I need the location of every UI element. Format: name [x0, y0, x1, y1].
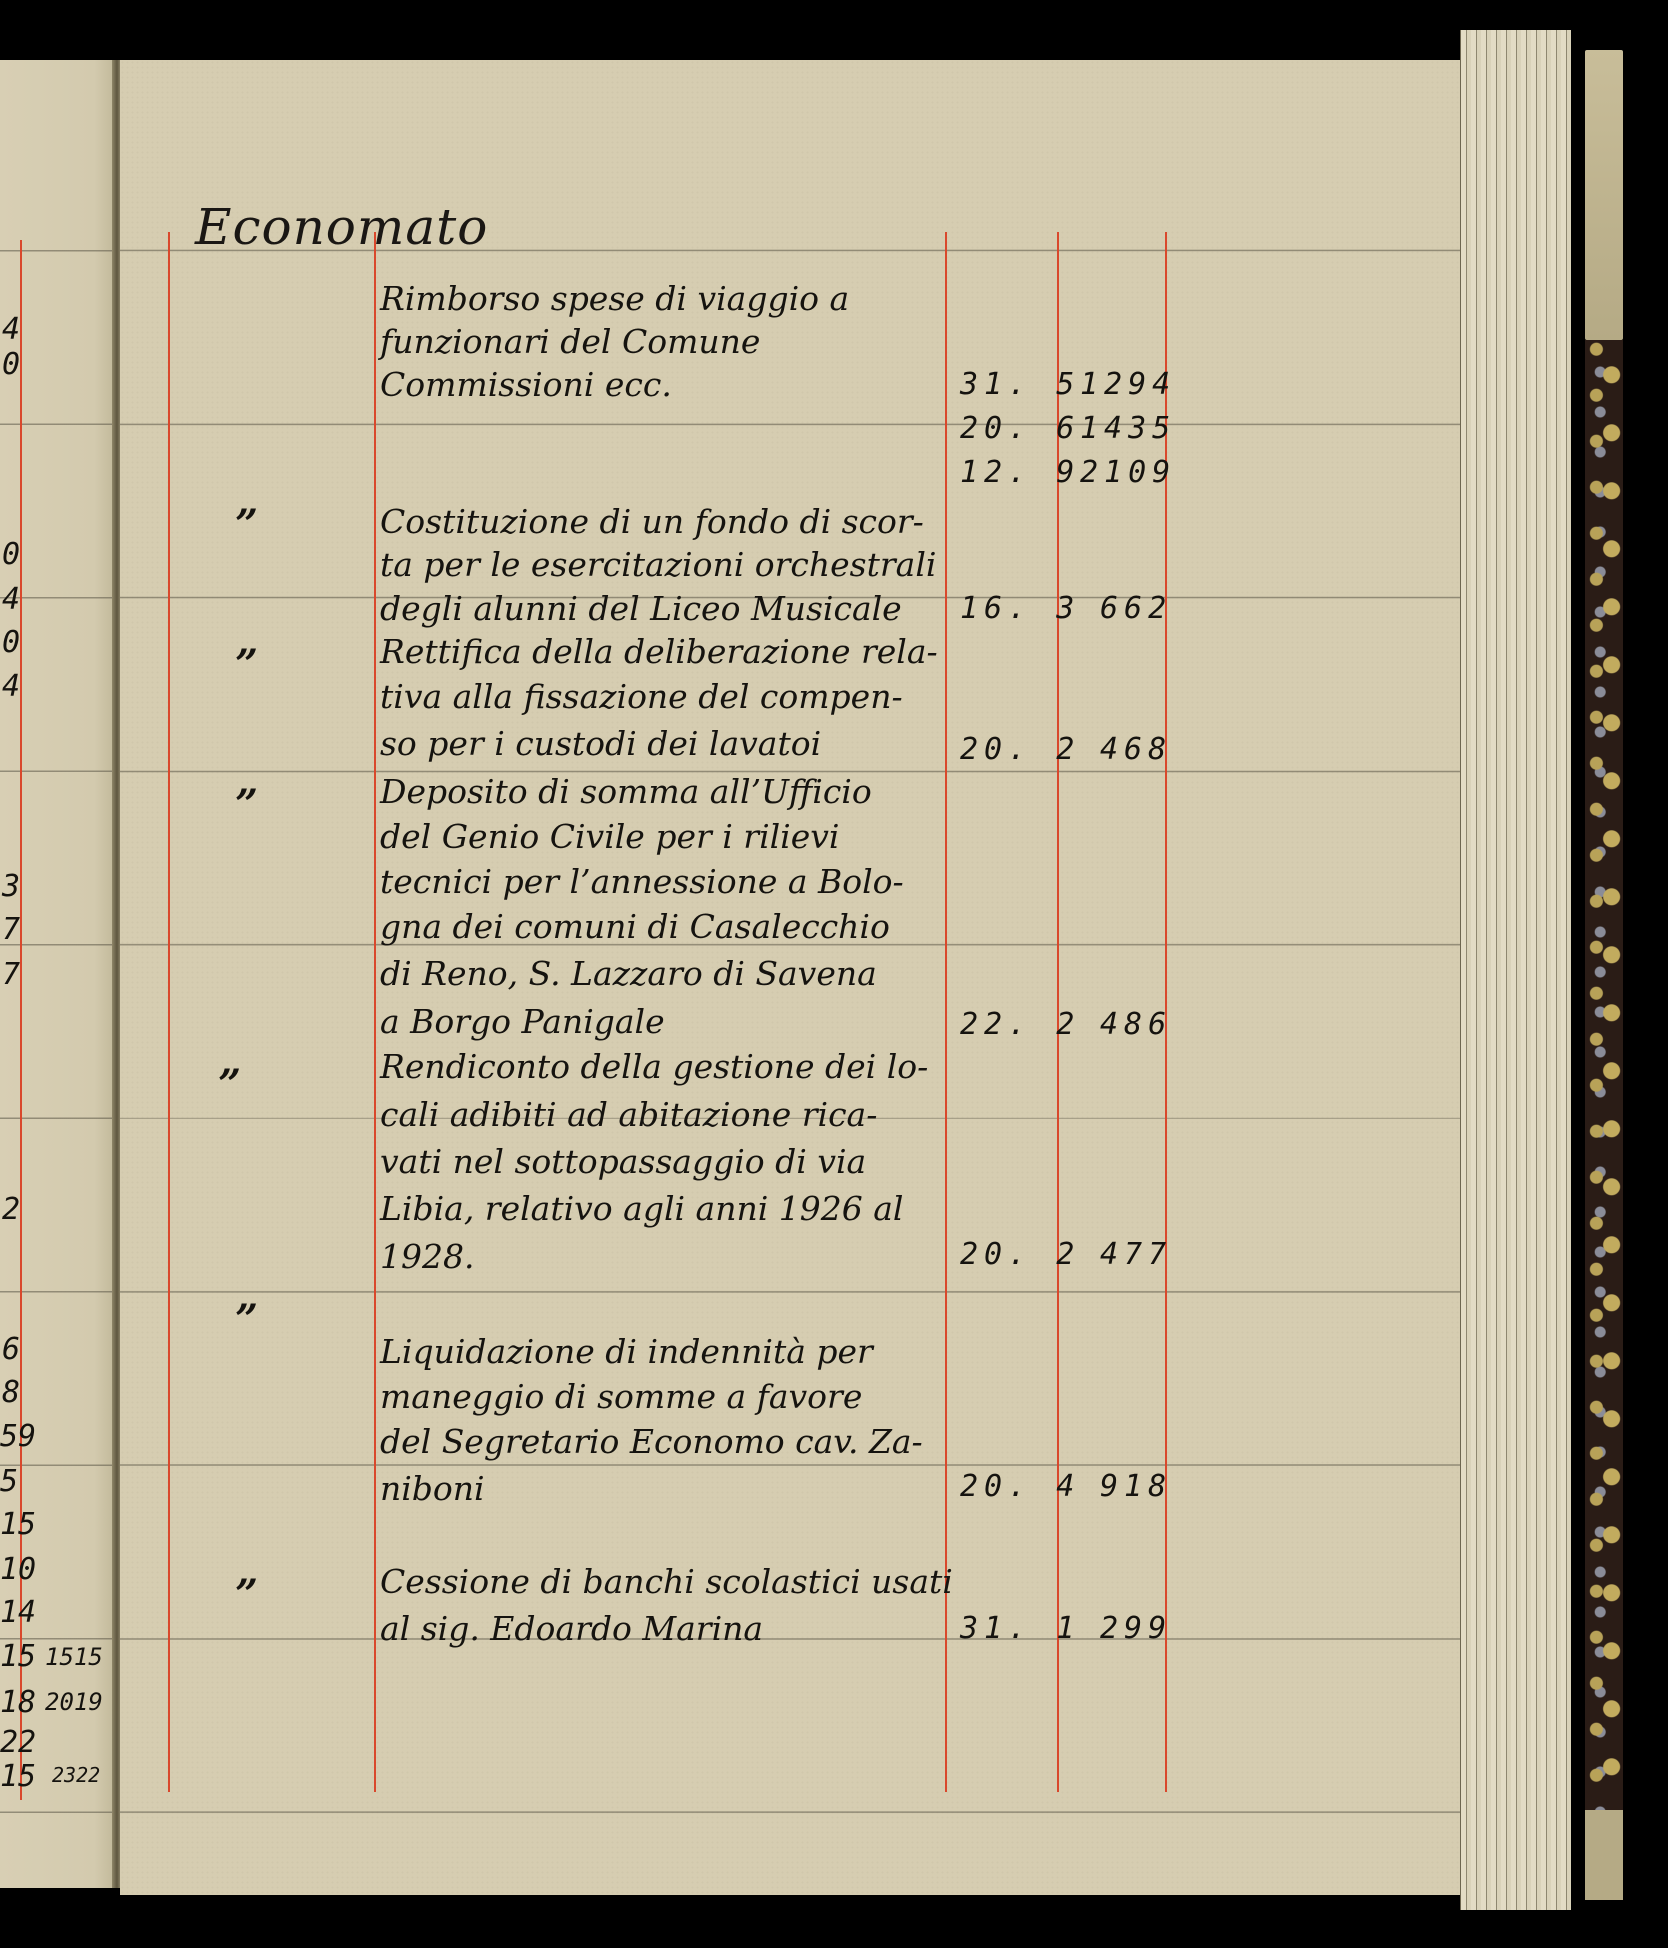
entry-line: a Borgo Panigale — [380, 1005, 665, 1038]
red-rule-date — [945, 232, 947, 1792]
entry-date: 22. 2 — [960, 1010, 1080, 1040]
entry-line: cali adibiti ad abitazione rica- — [380, 1098, 877, 1131]
entry-line: maneggio di somme a favore — [380, 1380, 862, 1413]
left-fragment: 7 — [2, 960, 20, 990]
entry-number: 299 — [1100, 1614, 1172, 1644]
entry-line: vati nel sottopassaggio di via — [380, 1145, 866, 1178]
entry-line: Deposito di somma all’Ufficio — [380, 775, 872, 808]
left-fragment: 6 — [2, 1335, 20, 1365]
red-rule-description — [374, 232, 376, 1792]
entry-date: 20. 6 — [960, 414, 1080, 444]
entry-line: ta per le esercitazioni orchestrali — [380, 548, 936, 581]
ditto-mark: ” — [235, 645, 258, 685]
entry-date: 20. 4 — [960, 1472, 1080, 1502]
left-fragment: 0 — [2, 350, 20, 380]
entry-number: 1294 — [1080, 370, 1176, 400]
entry-number: 1435 — [1080, 414, 1176, 444]
ditto-mark: ” — [218, 1065, 241, 1105]
entry-line: Rendiconto della gestione dei lo- — [380, 1050, 928, 1083]
ditto-mark: ” — [235, 505, 258, 545]
entry-date: 20. 2 — [960, 1240, 1080, 1270]
left-fragment: 4 — [2, 585, 20, 615]
book-cover-marbled — [1585, 340, 1623, 1810]
page-title: Economato — [195, 198, 488, 256]
entry-line: gna dei comuni di Casalecchio — [380, 910, 890, 943]
entry-number: 662 — [1100, 594, 1172, 624]
ditto-mark: ” — [235, 1300, 258, 1340]
left-fragment-total: 1515 — [45, 1645, 103, 1669]
entry-line: funzionari del Comune — [380, 325, 760, 358]
entry-line: Commissioni ecc. — [380, 368, 672, 401]
left-fragment: 59 — [0, 1422, 36, 1452]
entry-line: al sig. Edoardo Marina — [380, 1612, 763, 1645]
left-fragment: 4 — [2, 315, 20, 345]
book-page-edges — [1460, 30, 1571, 1910]
left-fragment: 5 — [0, 1467, 18, 1497]
entry-date: 31. 5 — [960, 370, 1080, 400]
ditto-mark: ” — [235, 785, 258, 825]
left-fragment: 8 — [2, 1378, 20, 1408]
left-fragment: 14 — [0, 1598, 36, 1628]
entry-date: 16. 3 — [960, 594, 1080, 624]
entry-line: so per i custodi dei lavatoi — [380, 727, 821, 760]
left-fragment: 4 — [2, 672, 20, 702]
entry-line: Costituzione di un fondo di scor- — [380, 505, 924, 538]
left-fragment: 10 — [0, 1555, 36, 1585]
book-cover-vellum — [1585, 50, 1623, 340]
entry-line: tiva alla fissazione del compen- — [380, 680, 903, 713]
left-fragment: 15 — [0, 1642, 36, 1672]
left-fragment: 15 — [0, 1510, 36, 1540]
left-fragment: 7 — [2, 915, 20, 945]
entry-line: di Reno, S. Lazzaro di Savena — [380, 957, 877, 990]
entry-date: 31. 1 — [960, 1614, 1080, 1644]
entry-number: 468 — [1100, 735, 1172, 765]
entry-line: degli alunni del Liceo Musicale — [380, 592, 902, 625]
left-fragment: 0 — [2, 628, 20, 658]
entry-line: niboni — [380, 1472, 485, 1505]
entry-line: del Segretario Economo cav. Za- — [380, 1425, 923, 1458]
entry-number: 486 — [1100, 1010, 1172, 1040]
left-fragment: 3 — [2, 872, 20, 902]
entry-line: Rimborso spese di viaggio a — [380, 282, 849, 315]
entry-number: 2109 — [1080, 458, 1176, 488]
red-rule-margin — [168, 232, 170, 1792]
entry-line: Libia, relativo agli anni 1926 al — [380, 1192, 903, 1225]
entry-line: 1928. — [380, 1240, 474, 1273]
ditto-mark: ” — [235, 1575, 258, 1615]
entry-line: tecnici per l’annessione a Bolo- — [380, 865, 904, 898]
left-fragment: 2 — [2, 1195, 20, 1225]
entry-line: Cessione di banchi scolastici usati — [380, 1565, 953, 1598]
left-fragment-total: 2019 — [45, 1690, 103, 1714]
entry-line: Liquidazione di indennità per — [380, 1335, 873, 1368]
entry-line: del Genio Civile per i rilievi — [380, 820, 839, 853]
left-fragment: 18 — [0, 1688, 36, 1718]
entry-number: 918 — [1100, 1472, 1172, 1502]
left-fragment: 0 — [2, 540, 20, 570]
entry-line: Rettifica della deliberazione rela- — [380, 635, 938, 668]
left-fragment: 15 — [0, 1762, 36, 1792]
entry-date: 12. 9 — [960, 458, 1080, 488]
book-cover-corner — [1585, 1810, 1623, 1900]
left-fragment: 22 — [0, 1728, 36, 1758]
left-fragment-total: 2322 — [52, 1765, 100, 1785]
entry-date: 20. 2 — [960, 735, 1080, 765]
entry-number: 477 — [1100, 1240, 1172, 1270]
